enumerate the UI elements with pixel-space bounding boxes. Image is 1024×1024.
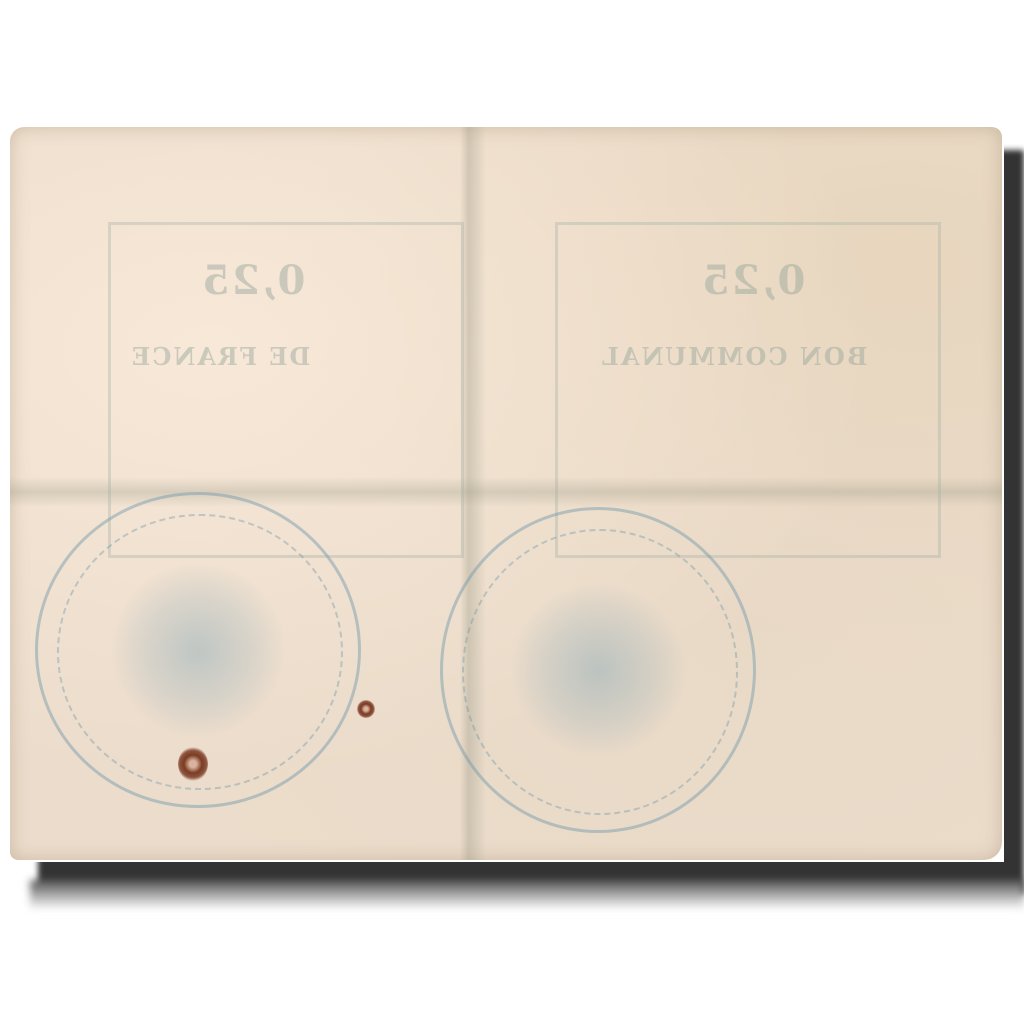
rust-spot: [178, 747, 208, 781]
left-title: DE FRANCE: [130, 342, 310, 371]
drop-shadow-fade: [30, 880, 1024, 910]
rust-spot: [357, 700, 375, 718]
stamp-emblem: [108, 563, 287, 737]
left-value: 0,25: [200, 257, 305, 304]
banknote: 0,25 DE FRANCE 0,25 BON COMMUNAL: [10, 127, 1002, 860]
right-title: BON COMMUNAL: [600, 342, 867, 371]
right-value: 0,25: [700, 257, 805, 304]
stamp-emblem: [511, 580, 685, 759]
right-stamp: [440, 507, 756, 833]
